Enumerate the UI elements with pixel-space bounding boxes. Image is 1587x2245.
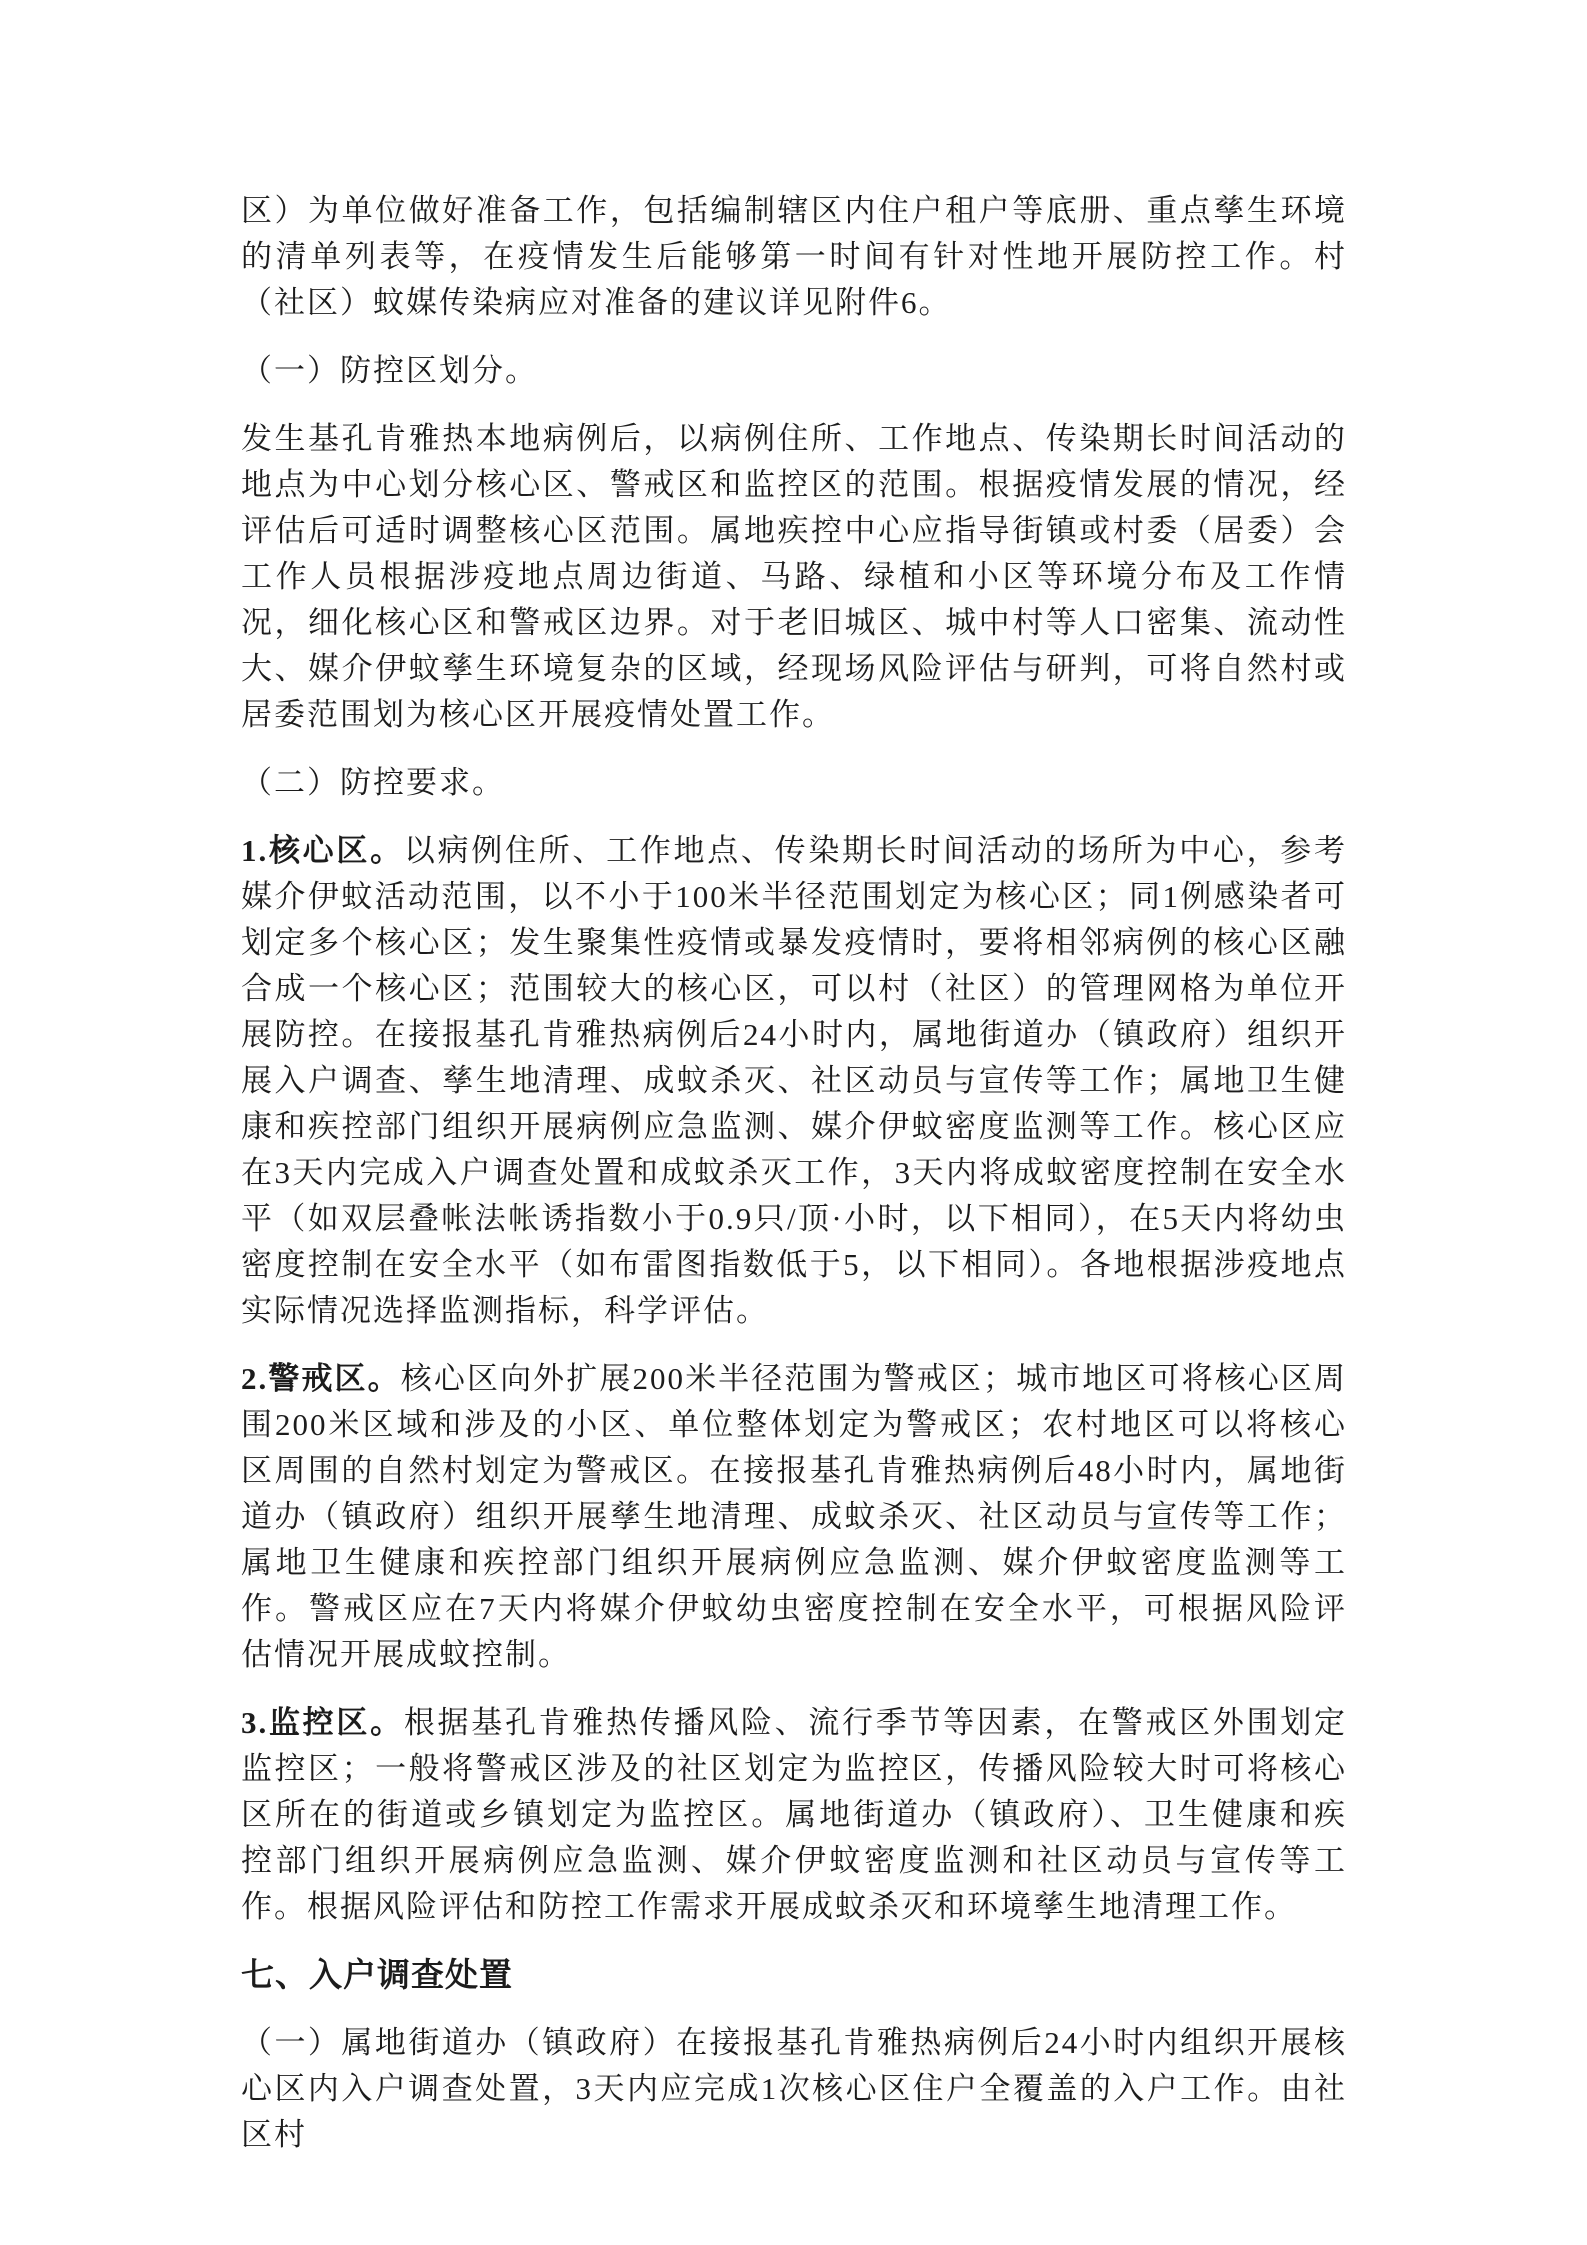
- document-text-block: 区）为单位做好准备工作，包括编制辖区内住户租户等底册、重点孳生环境的清单列表等，…: [241, 188, 1347, 2158]
- paragraph-preparation-continued: 区）为单位做好准备工作，包括编制辖区内住户租户等底册、重点孳生环境的清单列表等，…: [241, 188, 1347, 326]
- monitoring-zone-text: 根据基孔肯雅热传播风险、流行季节等因素，在警戒区外围划定监控区；一般将警戒区涉及…: [241, 1705, 1347, 1924]
- monitoring-zone-label: 3.监控区。: [241, 1705, 404, 1740]
- paragraph-core-zone: 1.核心区。以病例住所、工作地点、传染期长时间活动的场所为中心，参考媒介伊蚊活动…: [241, 828, 1347, 1334]
- core-zone-text: 以病例住所、工作地点、传染期长时间活动的场所为中心，参考媒介伊蚊活动范围，以不小…: [241, 833, 1347, 1328]
- subheading-prevention-requirements: （二）防控要求。: [241, 760, 1347, 806]
- warning-zone-text: 核心区向外扩展200米半径范围为警戒区；城市地区可将核心区周围200米区域和涉及…: [241, 1361, 1347, 1672]
- paragraph-monitoring-zone: 3.监控区。根据基孔肯雅热传播风险、流行季节等因素，在警戒区外围划定监控区；一般…: [241, 1700, 1347, 1930]
- paragraph-warning-zone: 2.警戒区。核心区向外扩展200米半径范围为警戒区；城市地区可将核心区周围200…: [241, 1356, 1347, 1678]
- warning-zone-label: 2.警戒区。: [241, 1361, 401, 1396]
- subheading-zone-division: （一）防控区划分。: [241, 348, 1347, 394]
- document-page: 区）为单位做好准备工作，包括编制辖区内住户租户等底册、重点孳生环境的清单列表等，…: [0, 0, 1587, 2245]
- heading-household-survey: 七、入户调查处置: [241, 1952, 1347, 1998]
- paragraph-zone-division-detail: 发生基孔肯雅热本地病例后，以病例住所、工作地点、传染期长时间活动的地点为中心划分…: [241, 416, 1347, 738]
- core-zone-label: 1.核心区。: [241, 833, 404, 868]
- paragraph-household-survey-intro: （一）属地街道办（镇政府）在接报基孔肯雅热病例后24小时内组织开展核心区内入户调…: [241, 2020, 1347, 2158]
